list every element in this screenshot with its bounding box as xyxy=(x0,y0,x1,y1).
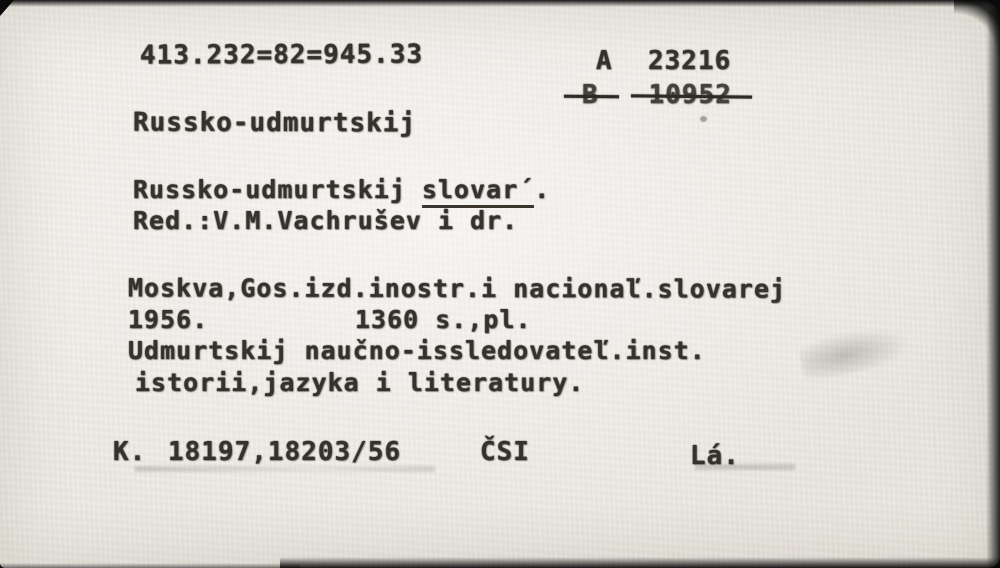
ink-speck xyxy=(700,116,707,122)
scanned-catalog-card-photo: 413.232=82=945.33 A 23216 B 10952 Russko… xyxy=(0,0,1000,568)
title-line: Russko-udmurtskij slovar´. xyxy=(133,175,550,204)
accession-a-label: A xyxy=(596,46,613,76)
title-suffix: . xyxy=(534,175,550,204)
editor-statement-line: Red.:V.M.Vachrušev i dr. xyxy=(133,206,518,235)
accession-b-number: 10952 xyxy=(649,80,732,110)
footer-order-numbers: 18197,18203/56 xyxy=(168,437,401,467)
ink-smudge xyxy=(797,319,913,383)
footer-k-label: K. xyxy=(113,437,146,467)
institute-line-2: istorii,jazyka i literatury. xyxy=(135,368,584,397)
call-number: 413.232=82=945.33 xyxy=(140,40,423,71)
accession-b-label: B xyxy=(582,80,599,110)
institute-line-1: Udmurtskij naučno-issledovateľ.inst. xyxy=(128,336,706,365)
collation: 1360 s.,pl. xyxy=(355,305,532,334)
footer-cataloguer-initials: Lá. xyxy=(690,441,740,471)
title-underlined: slovar´ xyxy=(422,175,534,208)
footer-library-sigla: ČSI xyxy=(480,437,530,467)
uniform-title-heading: Russko-udmurtskij xyxy=(133,108,416,139)
accession-a-number: 23216 xyxy=(648,46,731,76)
imprint-line: Moskva,Gos.izd.inostr.i nacionaľ.slovare… xyxy=(128,273,786,303)
accession-b-struck: B 10952 xyxy=(582,80,732,110)
year: 1956. xyxy=(128,305,208,334)
catalog-card-paper: 413.232=82=945.33 A 23216 B 10952 Russko… xyxy=(0,0,1000,568)
title-prefix: Russko-udmurtskij xyxy=(133,175,422,204)
